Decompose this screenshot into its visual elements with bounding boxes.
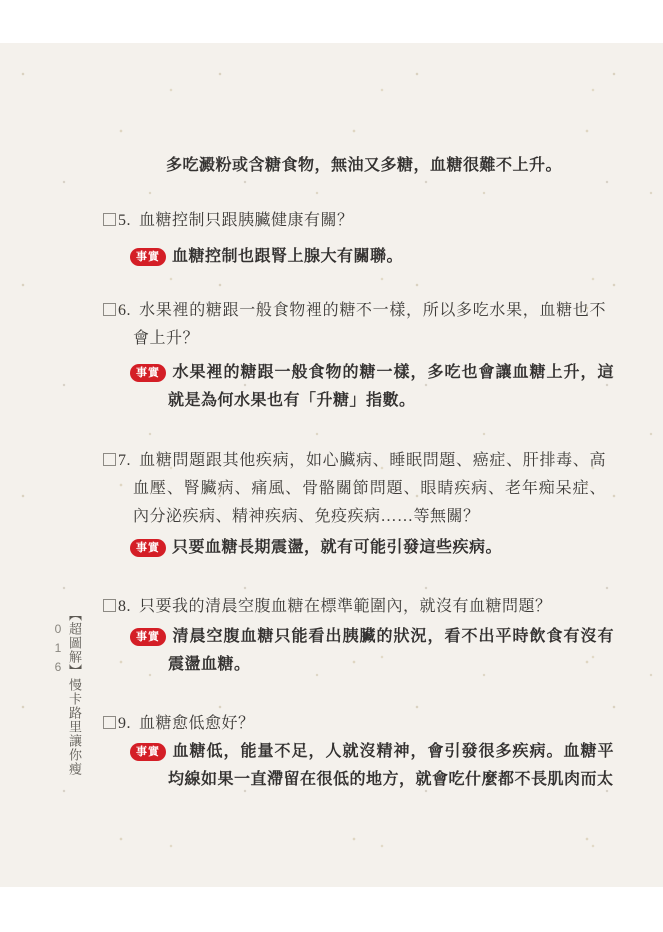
checkbox-icon bbox=[103, 599, 116, 612]
book-title: 【超圖解】慢卡路里讓你瘦 bbox=[67, 608, 82, 776]
book-page: 【超圖解】慢卡路里讓你瘦 016 多吃澱粉或含糖食物，無油又多糖，血糖很難不上升… bbox=[0, 0, 663, 932]
question-5: 5.血糖控制只跟胰臟健康有關？ bbox=[103, 207, 606, 235]
question-text: 血糖控制只跟胰臟健康有關？ bbox=[139, 212, 354, 229]
checkbox-icon bbox=[103, 716, 116, 729]
question-7: 7.血糖問題跟其他疾病，如心臟病、睡眠問題、癌症、肝排毒、高血壓、腎臟病、痛風、… bbox=[103, 447, 606, 531]
fact-badge: 事實 bbox=[130, 364, 166, 382]
question-9: 9.血糖愈低愈好？ bbox=[103, 710, 606, 738]
answer-9: 事實血糖低，能量不足，人就沒精神，會引發很多疾病。血糖平均線如果一直滯留在很低的… bbox=[130, 738, 614, 794]
page-sidebar: 【超圖解】慢卡路里讓你瘦 016 bbox=[50, 608, 84, 776]
question-text: 血糖問題跟其他疾病，如心臟病、睡眠問題、癌症、肝排毒、高血壓、腎臟病、痛風、骨骼… bbox=[133, 452, 606, 525]
checkbox-icon bbox=[103, 303, 116, 316]
intro-continuation-line: 多吃澱粉或含糖食物，無油又多糖，血糖很難不上升。 bbox=[166, 152, 586, 180]
fact-text: 血糖低，能量不足，人就沒精神，會引發很多疾病。血糖平均線如果一直滯留在很低的地方… bbox=[168, 743, 614, 788]
question-6: 6.水果裡的糖跟一般食物裡的糖不一樣，所以多吃水果，血糖也不會上升？ bbox=[103, 297, 606, 353]
fact-text: 清晨空腹血糖只能看出胰臟的狀況，看不出平時飲食有沒有震盪血糖。 bbox=[168, 628, 614, 673]
checkbox-icon bbox=[103, 453, 116, 466]
question-number: 5. bbox=[118, 212, 131, 229]
fact-badge: 事實 bbox=[130, 248, 166, 266]
question-number: 9. bbox=[118, 715, 131, 732]
question-number: 7. bbox=[118, 452, 131, 469]
checkbox-icon bbox=[103, 213, 116, 226]
answer-6: 事實水果裡的糖跟一般食物的糖一樣，多吃也會讓血糖上升，這就是為何水果也有「升糖」… bbox=[130, 359, 614, 415]
answer-7: 事實只要血糖長期震盪，就有可能引發這些疾病。 bbox=[130, 534, 614, 562]
fact-text: 血糖控制也跟腎上腺大有關聯。 bbox=[172, 248, 403, 265]
answer-5: 事實血糖控制也跟腎上腺大有關聯。 bbox=[130, 243, 614, 271]
answer-8: 事實清晨空腹血糖只能看出胰臟的狀況，看不出平時飲食有沒有震盪血糖。 bbox=[130, 623, 614, 679]
question-text: 血糖愈低愈好？ bbox=[139, 715, 255, 732]
question-text: 只要我的清晨空腹血糖在標準範圍內，就沒有血糖問題？ bbox=[139, 598, 552, 615]
question-text: 水果裡的糖跟一般食物裡的糖不一樣，所以多吃水果，血糖也不會上升？ bbox=[133, 302, 606, 347]
question-number: 8. bbox=[118, 598, 131, 615]
fact-badge: 事實 bbox=[130, 743, 166, 761]
fact-badge: 事實 bbox=[130, 539, 166, 557]
page-number: 016 bbox=[51, 622, 65, 776]
fact-text: 水果裡的糖跟一般食物的糖一樣，多吃也會讓血糖上升，這就是為何水果也有「升糖」指數… bbox=[168, 364, 614, 409]
fact-text: 只要血糖長期震盪，就有可能引發這些疾病。 bbox=[172, 539, 502, 556]
question-8: 8.只要我的清晨空腹血糖在標準範圍內，就沒有血糖問題？ bbox=[103, 593, 606, 621]
question-number: 6. bbox=[118, 302, 131, 319]
fact-badge: 事實 bbox=[130, 628, 166, 646]
